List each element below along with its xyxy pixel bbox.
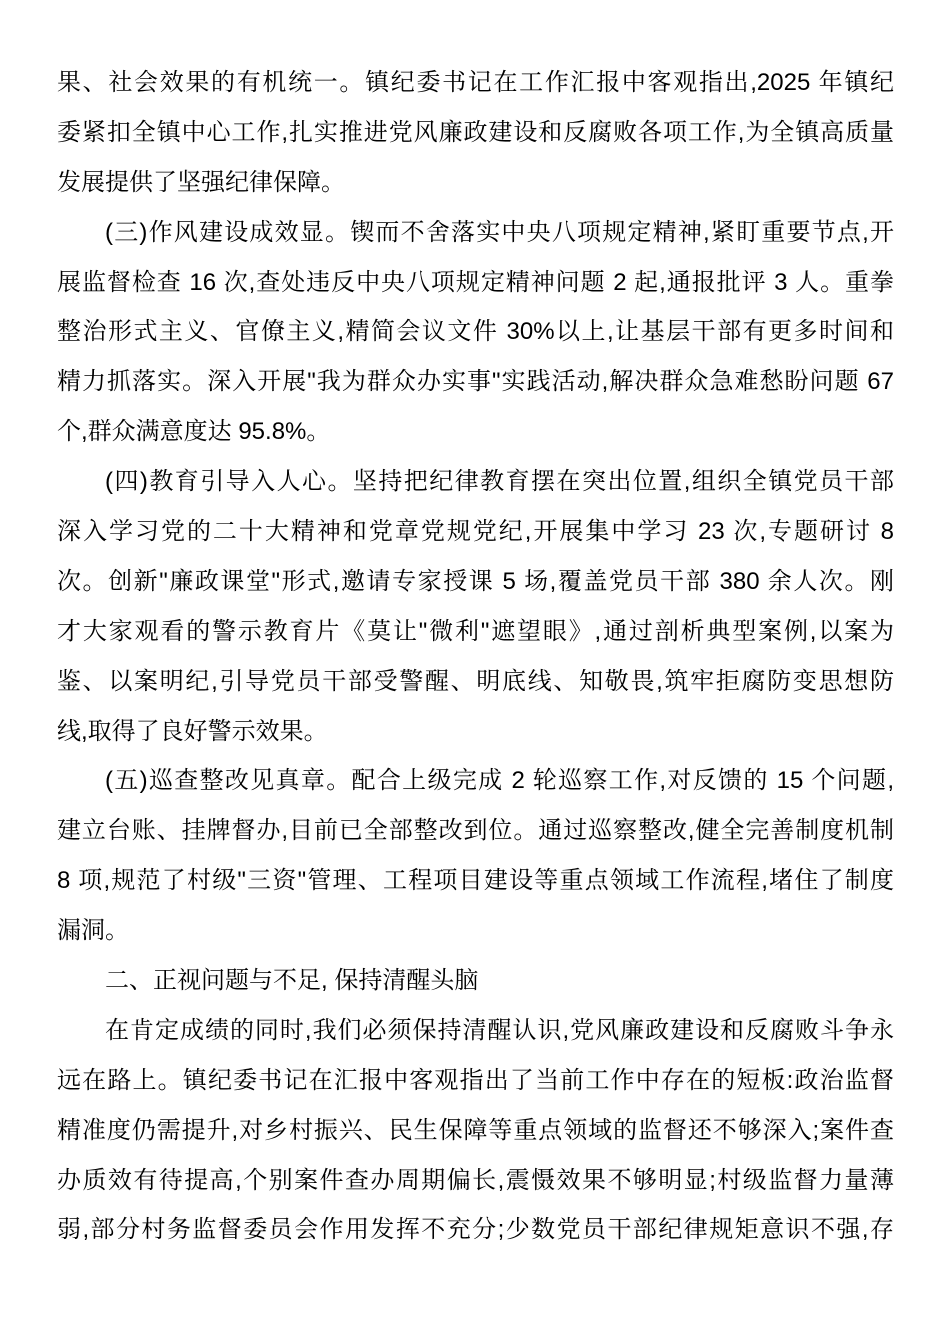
text-line: 精准度仍需提升,对乡村振兴、民生保障等重点领域的监督还不够深入;案件查 [57,1106,894,1156]
text-line: (三)作风建设成效显。锲而不舍落实中央八项规定精神,紧盯重要节点,开 [57,208,894,258]
paragraph: 果、社会效果的有机统一。镇纪委书记在工作汇报中客观指出,2025 年镇纪 委紧扣… [57,58,894,208]
text-line: 在肯定成绩的同时,我们必须保持清醒认识,党风廉政建设和反腐败斗争永 [57,1006,894,1056]
section-heading-line: 二、正视问题与不足, 保持清醒头脑 [57,956,894,1006]
text-line: 个,群众满意度达 95.8%。 [57,407,894,457]
text-line: 远在路上。镇纪委书记在汇报中客观指出了当前工作中存在的短板:政治监督 [57,1056,894,1106]
section-heading: 二、正视问题与不足, 保持清醒头脑 [57,956,894,1006]
paragraph: 在肯定成绩的同时,我们必须保持清醒认识,党风廉政建设和反腐败斗争永 远在路上。镇… [57,1006,894,1255]
text-line: 才大家观看的警示教育片《莫让"微利"遮望眼》,通过剖析典型案例,以案为 [57,607,894,657]
text-line: 委紧扣全镇中心工作,扎实推进党风廉政建设和反腐败各项工作,为全镇高质量 [57,108,894,158]
text-line: 建立台账、挂牌督办,目前已全部整改到位。通过巡察整改,健全完善制度机制 [57,806,894,856]
document-page: 果、社会效果的有机统一。镇纪委书记在工作汇报中客观指出,2025 年镇纪 委紧扣… [0,0,950,1344]
text-line: (五)巡查整改见真章。配合上级完成 2 轮巡察工作,对反馈的 15 个问题, [57,756,894,806]
text-line: 线,取得了良好警示效果。 [57,707,894,757]
text-line: 展监督检查 16 次,查处违反中央八项规定精神问题 2 起,通报批评 3 人。重… [57,258,894,308]
text-line: 鉴、以案明纪,引导党员干部受警醒、明底线、知敬畏,筑牢拒腐防变思想防 [57,657,894,707]
text-line: 次。创新"廉政课堂"形式,邀请专家授课 5 场,覆盖党员干部 380 余人次。刚 [57,557,894,607]
text-line: 果、社会效果的有机统一。镇纪委书记在工作汇报中客观指出,2025 年镇纪 [57,58,894,108]
text-line: 发展提供了坚强纪律保障。 [57,158,894,208]
paragraph: (五)巡查整改见真章。配合上级完成 2 轮巡察工作,对反馈的 15 个问题, 建… [57,756,894,956]
text-line: 整治形式主义、官僚主义,精简会议文件 30%以上,让基层干部有更多时间和 [57,307,894,357]
paragraph: (四)教育引导入人心。坚持把纪律教育摆在突出位置,组织全镇党员干部 深入学习党的… [57,457,894,756]
text-line: 深入学习党的二十大精神和党章党规党纪,开展集中学习 23 次,专题研讨 8 [57,507,894,557]
paragraph: (三)作风建设成效显。锲而不舍落实中央八项规定精神,紧盯重要节点,开 展监督检查… [57,208,894,457]
text-line: (四)教育引导入人心。坚持把纪律教育摆在突出位置,组织全镇党员干部 [57,457,894,507]
text-line: 精力抓落实。深入开展"我为群众办实事"实践活动,解决群众急难愁盼问题 67 [57,357,894,407]
text-line: 8 项,规范了村级"三资"管理、工程项目建设等重点领域工作流程,堵住了制度 [57,856,894,906]
text-line: 弱,部分村务监督委员会作用发挥不充分;少数党员干部纪律规矩意识不强,存 [57,1205,894,1255]
text-line: 漏洞。 [57,906,894,956]
text-line: 办质效有待提高,个别案件查办周期偏长,震慑效果不够明显;村级监督力量薄 [57,1156,894,1206]
